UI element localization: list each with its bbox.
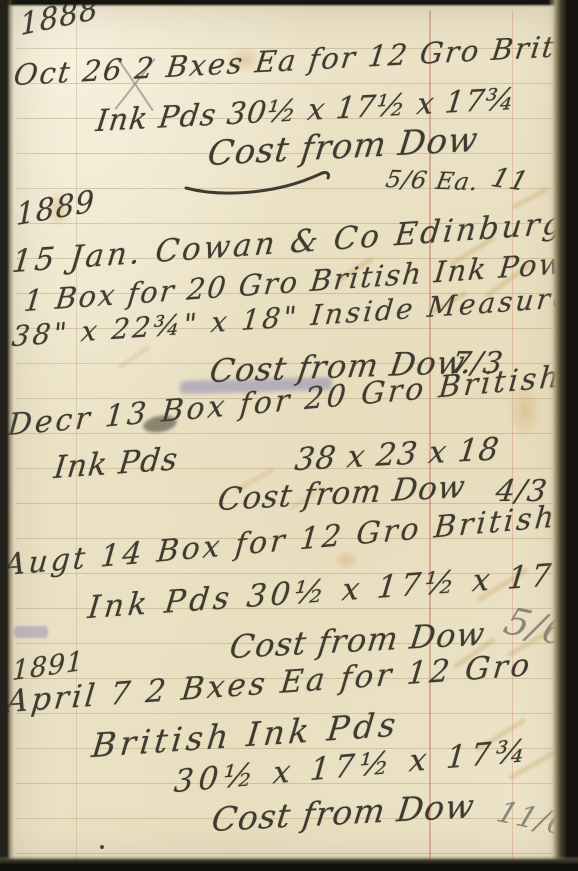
ink-dot <box>100 845 104 849</box>
page-edge-top <box>0 0 578 7</box>
ledger-page: 1888 Oct 26 2 Bxes Ea for 12 Gro British… <box>0 0 578 871</box>
entry-1888-price: 5/6 Ea. <box>384 165 482 196</box>
blue-margin-mark <box>14 626 48 638</box>
page-edge-bottom <box>0 856 578 871</box>
red-column-line-2 <box>512 10 513 859</box>
underline-flourish <box>180 164 340 198</box>
page-edge-right <box>548 0 578 871</box>
page-edge-left <box>0 0 14 871</box>
